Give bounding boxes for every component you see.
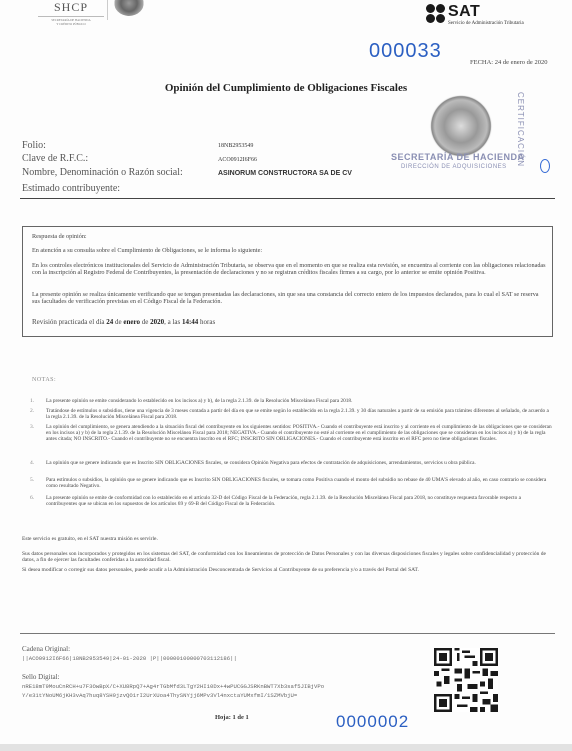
divider-bottom xyxy=(20,633,555,634)
note-number: 3. xyxy=(30,424,46,442)
rfc-value: ACO0912I6F66 xyxy=(218,157,257,163)
qr-code-icon xyxy=(434,648,498,712)
note-text: La presente opinión se emite de conformi… xyxy=(46,495,552,507)
note-number: 4. xyxy=(30,460,46,466)
divider-top xyxy=(20,198,555,199)
shcp-subtitle-line2: Y CRÉDITO PÚBLICO xyxy=(38,22,104,26)
note-item: 3. La opinión del cumplimiento, se gener… xyxy=(30,424,552,442)
blue-ring-mark xyxy=(540,159,550,173)
revision-mid: , a las xyxy=(164,318,182,326)
response-intro: En atención a su consulta sobre el Cumpl… xyxy=(32,247,547,254)
note-number: 1. xyxy=(30,398,46,404)
cadena-value: ||ACO0912I6F66|18NB2953549|24-01-2020 |P… xyxy=(22,655,237,662)
notas-heading: NOTAS: xyxy=(32,377,56,383)
sat-wordmark: SAT xyxy=(448,3,480,21)
folio-value: 18NB2953549 xyxy=(218,143,253,149)
note-number: 5. xyxy=(30,477,46,489)
free-service-text: Este servicio es gratuito, en el SAT nue… xyxy=(22,536,552,542)
sello-line2: Y/e31tYNoUM6jKH3vAq7huq8YSH9jzvQO1rI2UrX… xyxy=(22,692,297,699)
name-label: Nombre, Denominación o Razón social: xyxy=(22,167,183,178)
sat-dots-icon xyxy=(426,4,445,23)
revision-line: Revisión practicada el día 24 de enero d… xyxy=(32,319,215,326)
shcp-title: SHCP xyxy=(38,0,104,15)
note-text: La presente opinión se emite considerand… xyxy=(46,398,552,404)
document-title: Opinión del Cumplimiento de Obligaciones… xyxy=(0,82,572,94)
revision-prefix: Revisión practicada el día xyxy=(32,318,106,326)
revision-de2: de xyxy=(140,318,150,326)
official-seal-icon xyxy=(425,95,497,157)
revision-year: 2020 xyxy=(150,318,164,326)
revision-month: enero xyxy=(123,318,140,326)
sello-line1: nRE18mT9MouCnRCH+u7F3OwBpX/C+XU8RpQ7+Ag4… xyxy=(22,683,324,690)
note-text: La opinión que se genere indicando que e… xyxy=(46,460,552,466)
direccion-stamp: DIRECCIÓN DE ADQUISICIONES xyxy=(401,164,507,170)
response-heading: Respuesta de opinión: xyxy=(32,233,87,240)
note-text: La opinión del cumplimiento, se genera a… xyxy=(46,424,552,442)
note-item: 1. La presente opinión se emite consider… xyxy=(30,398,552,404)
secretaria-stamp: SECRETARÍA DE HACIENDA xyxy=(391,152,525,162)
date-label: FECHA: 24 de enero de 2020 xyxy=(470,59,547,66)
note-number: 6. xyxy=(30,495,46,507)
shcp-logo: SHCP SECRETARÍA DE HACIENDA Y CRÉDITO PÚ… xyxy=(38,0,104,26)
page-bottom-edge xyxy=(0,744,572,751)
response-para1: En los controles electrónicos institucio… xyxy=(32,262,547,276)
response-para2: La presente opinión se realiza únicament… xyxy=(32,291,547,305)
note-item: 2. Tratándose de estímulos o subsidios, … xyxy=(30,408,552,420)
privacy-text: Sus datos personales son incorporados y … xyxy=(22,551,552,563)
page-indicator: Hoja: 1 de 1 xyxy=(215,714,249,721)
modify-data-text: Si desea modificar o corregir sus datos … xyxy=(22,567,552,573)
revision-de: de xyxy=(113,318,123,326)
cadena-label: Cadena Original: xyxy=(22,645,70,653)
stamp-number-top: 000033 xyxy=(369,40,442,63)
greeting: Estimado contribuyente: xyxy=(22,183,120,194)
stamp-number-bottom: 0000002 xyxy=(336,712,409,732)
sat-subtitle: Servicio de Administración Tributaria xyxy=(448,21,524,26)
sello-label: Sello Digital: xyxy=(22,673,60,681)
shcp-subtitle: SECRETARÍA DE HACIENDA Y CRÉDITO PÚBLICO xyxy=(38,16,104,26)
logo-divider xyxy=(107,0,108,20)
revision-time: 14:44 xyxy=(182,318,198,326)
note-item: 5. Para estímulos o subsidios, la opinió… xyxy=(30,477,552,489)
revision-suffix: horas xyxy=(198,318,215,326)
note-item: 4. La opinión que se genere indicando qu… xyxy=(30,460,552,466)
folio-label: Folio: xyxy=(22,140,46,151)
note-item: 6. La presente opinión se emite de confo… xyxy=(30,495,552,507)
note-text: Tratándose de estímulos o subsidios, tie… xyxy=(46,408,552,420)
mexico-coat-of-arms-icon xyxy=(113,0,145,16)
note-number: 2. xyxy=(30,408,46,420)
name-value: ASINORUM CONSTRUCTORA SA DE CV xyxy=(218,170,352,177)
rfc-label: Clave de R.F.C.: xyxy=(22,153,88,164)
note-text: Para estímulos o subsidios, la opinión q… xyxy=(46,477,552,489)
